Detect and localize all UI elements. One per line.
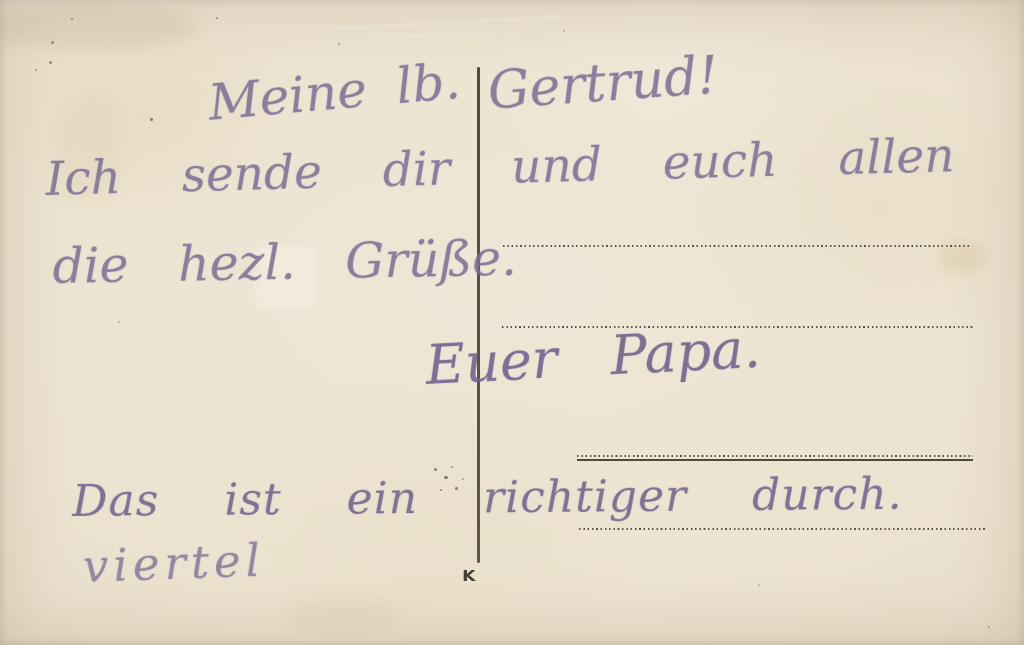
handwriting-postscript-line-2: viertel: [82, 534, 266, 593]
address-dotted-line: [579, 528, 985, 530]
paper-speck: [51, 41, 54, 44]
handwriting-body-line-2: die hezl. Grüße.: [52, 230, 517, 295]
paper-speck: [49, 61, 52, 64]
paper-speck: [563, 30, 565, 32]
handwriting-salutation-right: Gertrud!: [486, 46, 720, 122]
paper-crease: [362, 31, 522, 39]
paper-speck: [988, 626, 990, 628]
postcard-back: K Meine lb. Gertrud! Ich sende dir und e…: [0, 0, 1024, 645]
ink-smudge: [451, 466, 453, 468]
handwriting-body-line-1: Ich sende dir und euch allen: [45, 128, 955, 207]
paper-speck: [35, 69, 37, 71]
paper-speck: [150, 118, 153, 121]
address-dotted-line: [503, 245, 969, 247]
paper-speck: [338, 43, 340, 45]
paper-speck: [118, 321, 120, 323]
handwriting-postscript-line-1: Das ist ein richtiger durch.: [72, 469, 903, 527]
paper-stain: [0, 4, 198, 50]
paper-crease: [330, 16, 560, 30]
printer-mark: K: [462, 567, 475, 585]
paper-speck: [758, 584, 760, 586]
paper-speck: [71, 18, 73, 20]
ink-smudge: [434, 468, 437, 471]
handwriting-salutation-left: Meine lb.: [206, 52, 462, 132]
paper-stain: [288, 600, 400, 630]
handwriting-signature: Euer Papa.: [424, 316, 762, 396]
paper-speck: [216, 17, 218, 19]
address-dotted-line-underlined: [577, 455, 973, 457]
